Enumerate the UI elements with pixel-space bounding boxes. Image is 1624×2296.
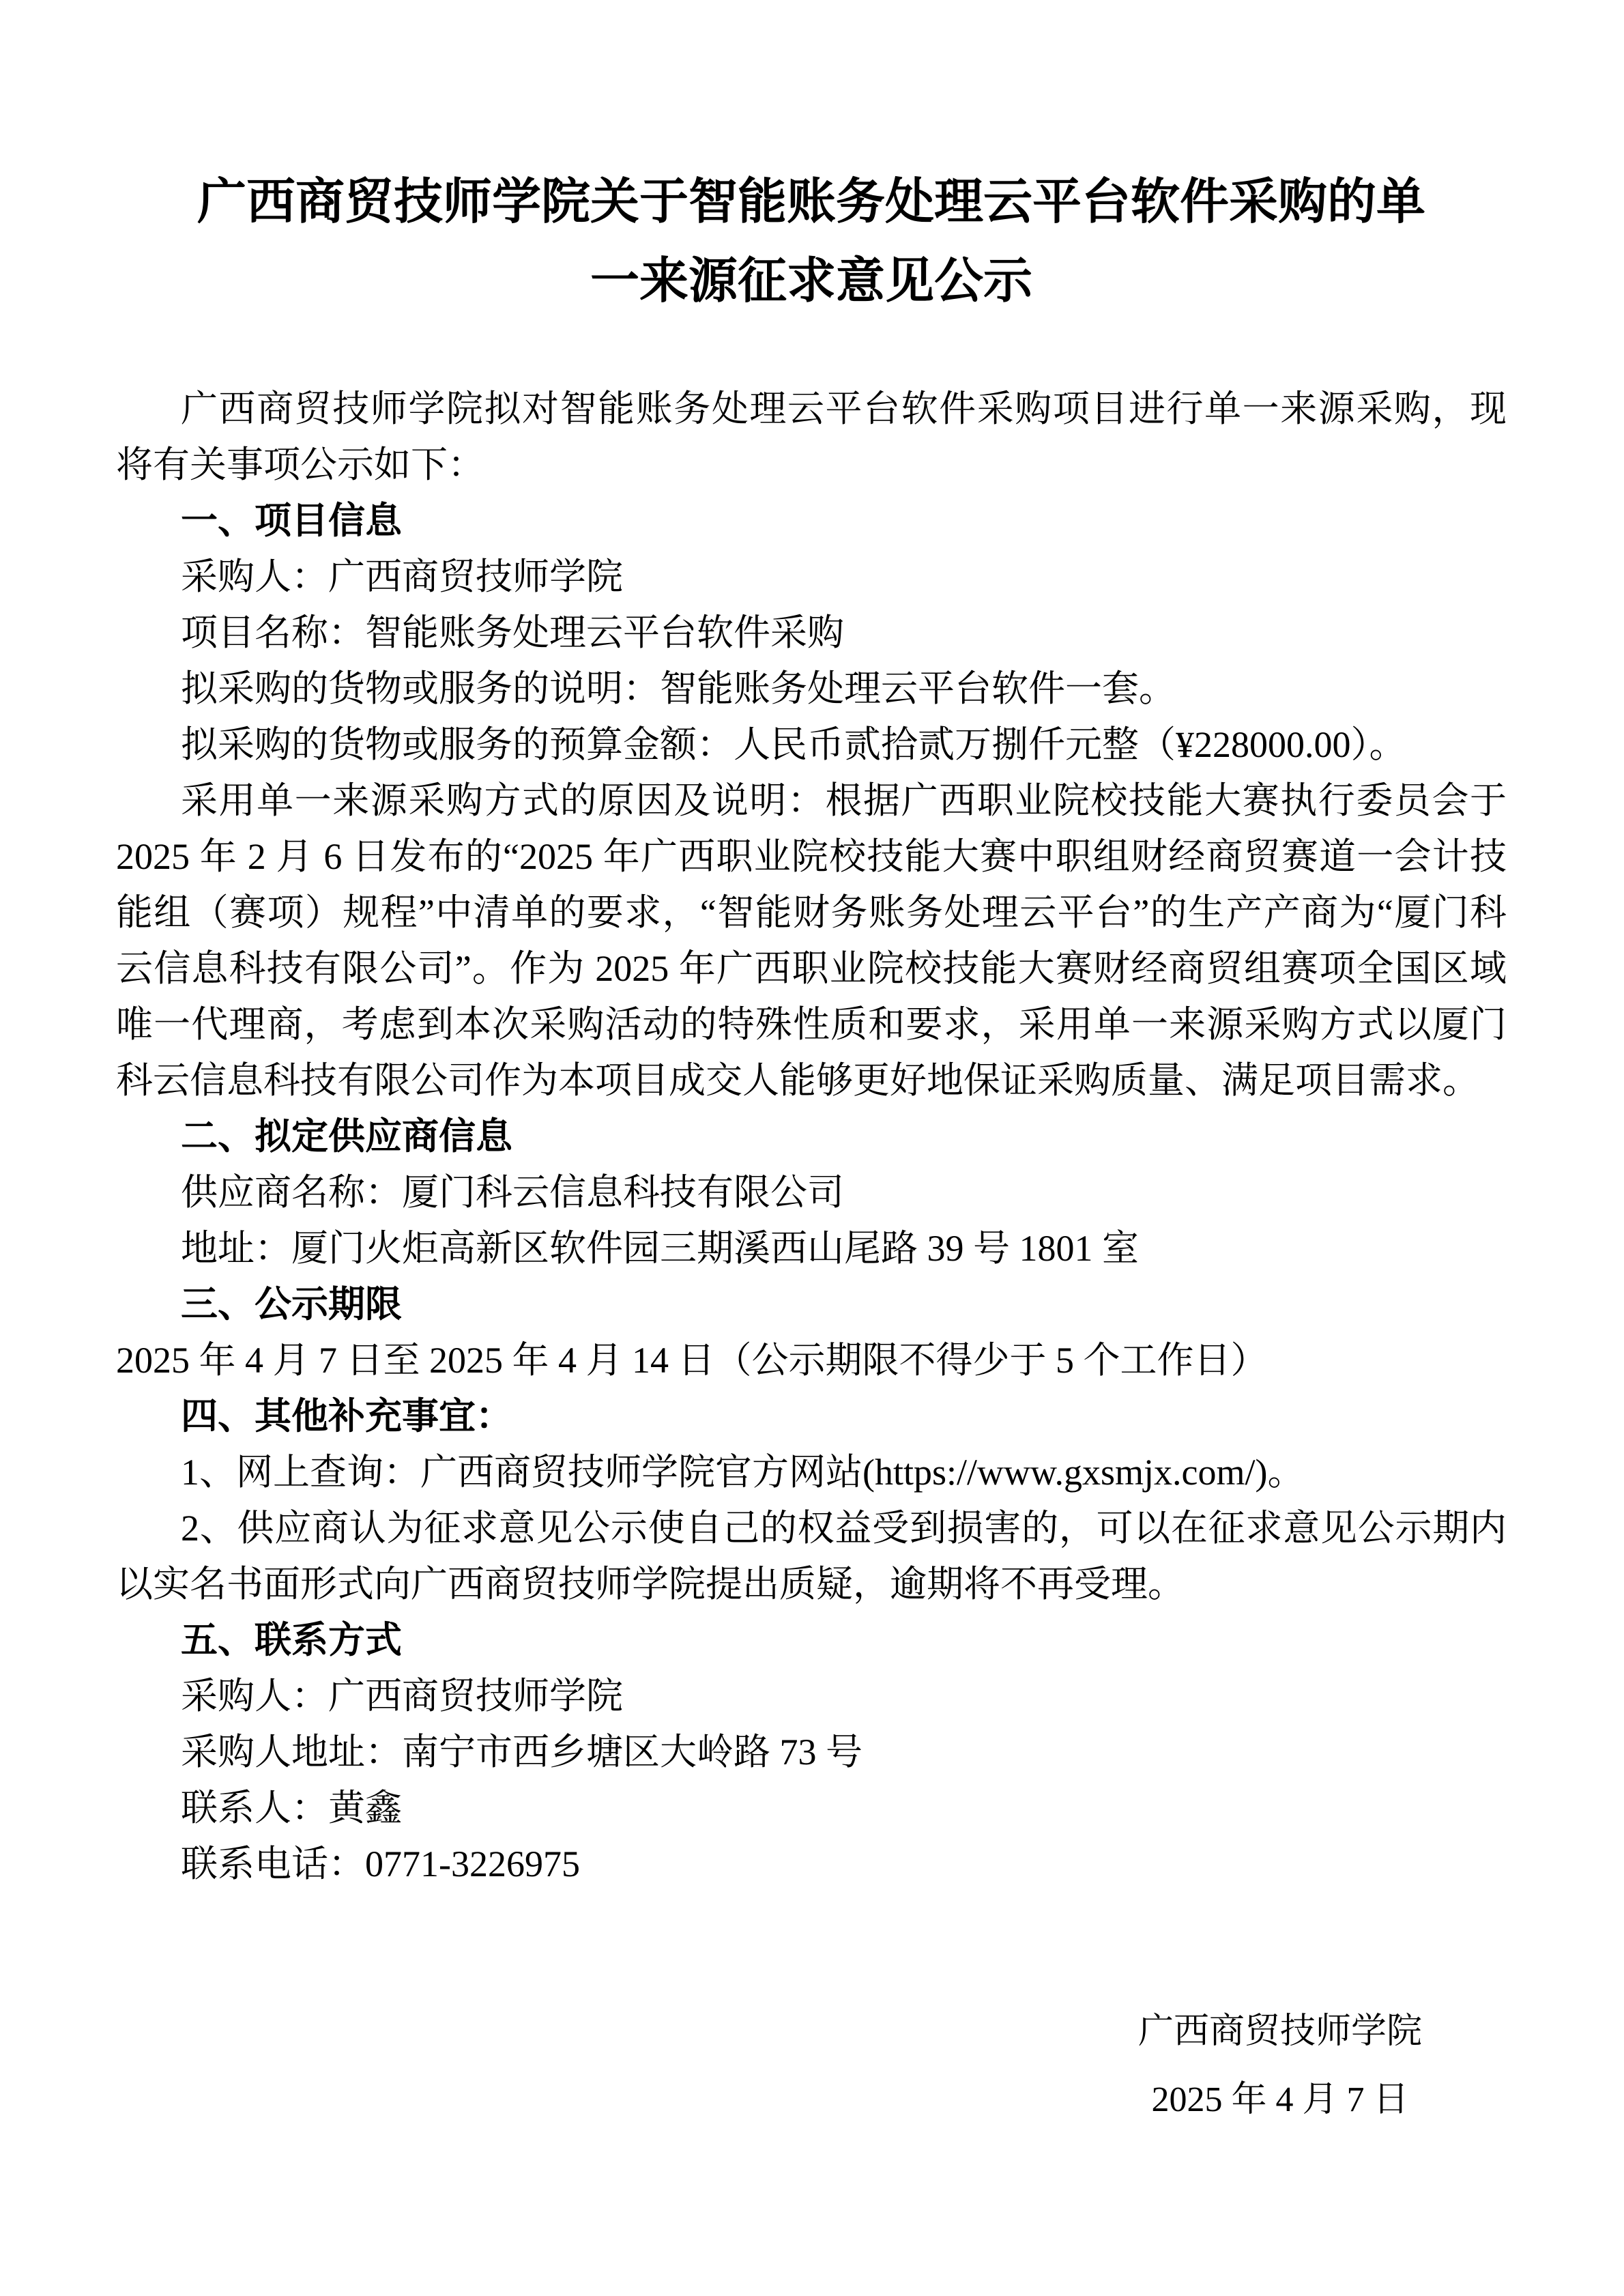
section-3-period: 2025 年 4 月 7 日至 2025 年 4 月 14 日（公示期限不得少于…: [116, 1332, 1507, 1388]
section-1-heading: 一、项目信息: [116, 493, 1507, 549]
section-4-heading: 四、其他补充事宜：: [116, 1388, 1507, 1444]
section-1-budget: 拟采购的货物或服务的预算金额：人民币贰拾贰万捌仟元整（¥228000.00）。: [116, 717, 1507, 773]
title-line-1: 广西商贸技师学院关于智能账务处理云平台软件采购的单: [116, 162, 1507, 242]
section-1-purchaser: 采购人：广西商贸技师学院: [116, 549, 1507, 605]
section-3-heading: 三、公示期限: [116, 1276, 1507, 1332]
section-5-contact-person: 联系人：黄鑫: [116, 1780, 1507, 1836]
signature-inner: 广西商贸技师学院 2025 年 4 月 7 日: [1138, 1998, 1422, 2134]
section-4-item-1: 1、网上查询：广西商贸技师学院官方网站(https://www.gxsmjx.c…: [116, 1444, 1507, 1500]
section-5-contact-phone: 联系电话：0771-3226975: [116, 1836, 1507, 1892]
signature-org: 广西商贸技师学院: [1138, 1998, 1422, 2066]
document-title: 广西商贸技师学院关于智能账务处理云平台软件采购的单 一来源征求意见公示: [116, 162, 1507, 321]
intro-paragraph: 广西商贸技师学院拟对智能账务处理云平台软件采购项目进行单一来源采购，现将有关事项…: [116, 381, 1507, 493]
title-line-2: 一来源征求意见公示: [116, 242, 1507, 321]
document-page: 广西商贸技师学院关于智能账务处理云平台软件采购的单 一来源征求意见公示 广西商贸…: [0, 0, 1624, 2296]
section-1-goods-description: 拟采购的货物或服务的说明：智能账务处理云平台软件一套。: [116, 661, 1507, 717]
section-2-supplier-address: 地址：厦门火炬高新区软件园三期溪西山尾路 39 号 1801 室: [116, 1220, 1507, 1276]
section-2-supplier-name: 供应商名称：厦门科云信息科技有限公司: [116, 1164, 1507, 1220]
section-2-heading: 二、拟定供应商信息: [116, 1108, 1507, 1164]
signature-date: 2025 年 4 月 7 日: [1138, 2066, 1422, 2134]
section-1-single-source-reason: 采用单一来源采购方式的原因及说明：根据广西职业院校技能大赛执行委员会于 2025…: [116, 773, 1507, 1108]
signature-block: 广西商贸技师学院 2025 年 4 月 7 日: [116, 1998, 1507, 2134]
section-5-heading: 五、联系方式: [116, 1612, 1507, 1668]
section-4-item-2: 2、供应商认为征求意见公示使自己的权益受到损害的，可以在征求意见公示期内以实名书…: [116, 1500, 1507, 1612]
section-1-project-name: 项目名称：智能账务处理云平台软件采购: [116, 605, 1507, 661]
section-5-purchaser: 采购人：广西商贸技师学院: [116, 1668, 1507, 1724]
section-5-purchaser-address: 采购人地址：南宁市西乡塘区大岭路 73 号: [116, 1724, 1507, 1780]
